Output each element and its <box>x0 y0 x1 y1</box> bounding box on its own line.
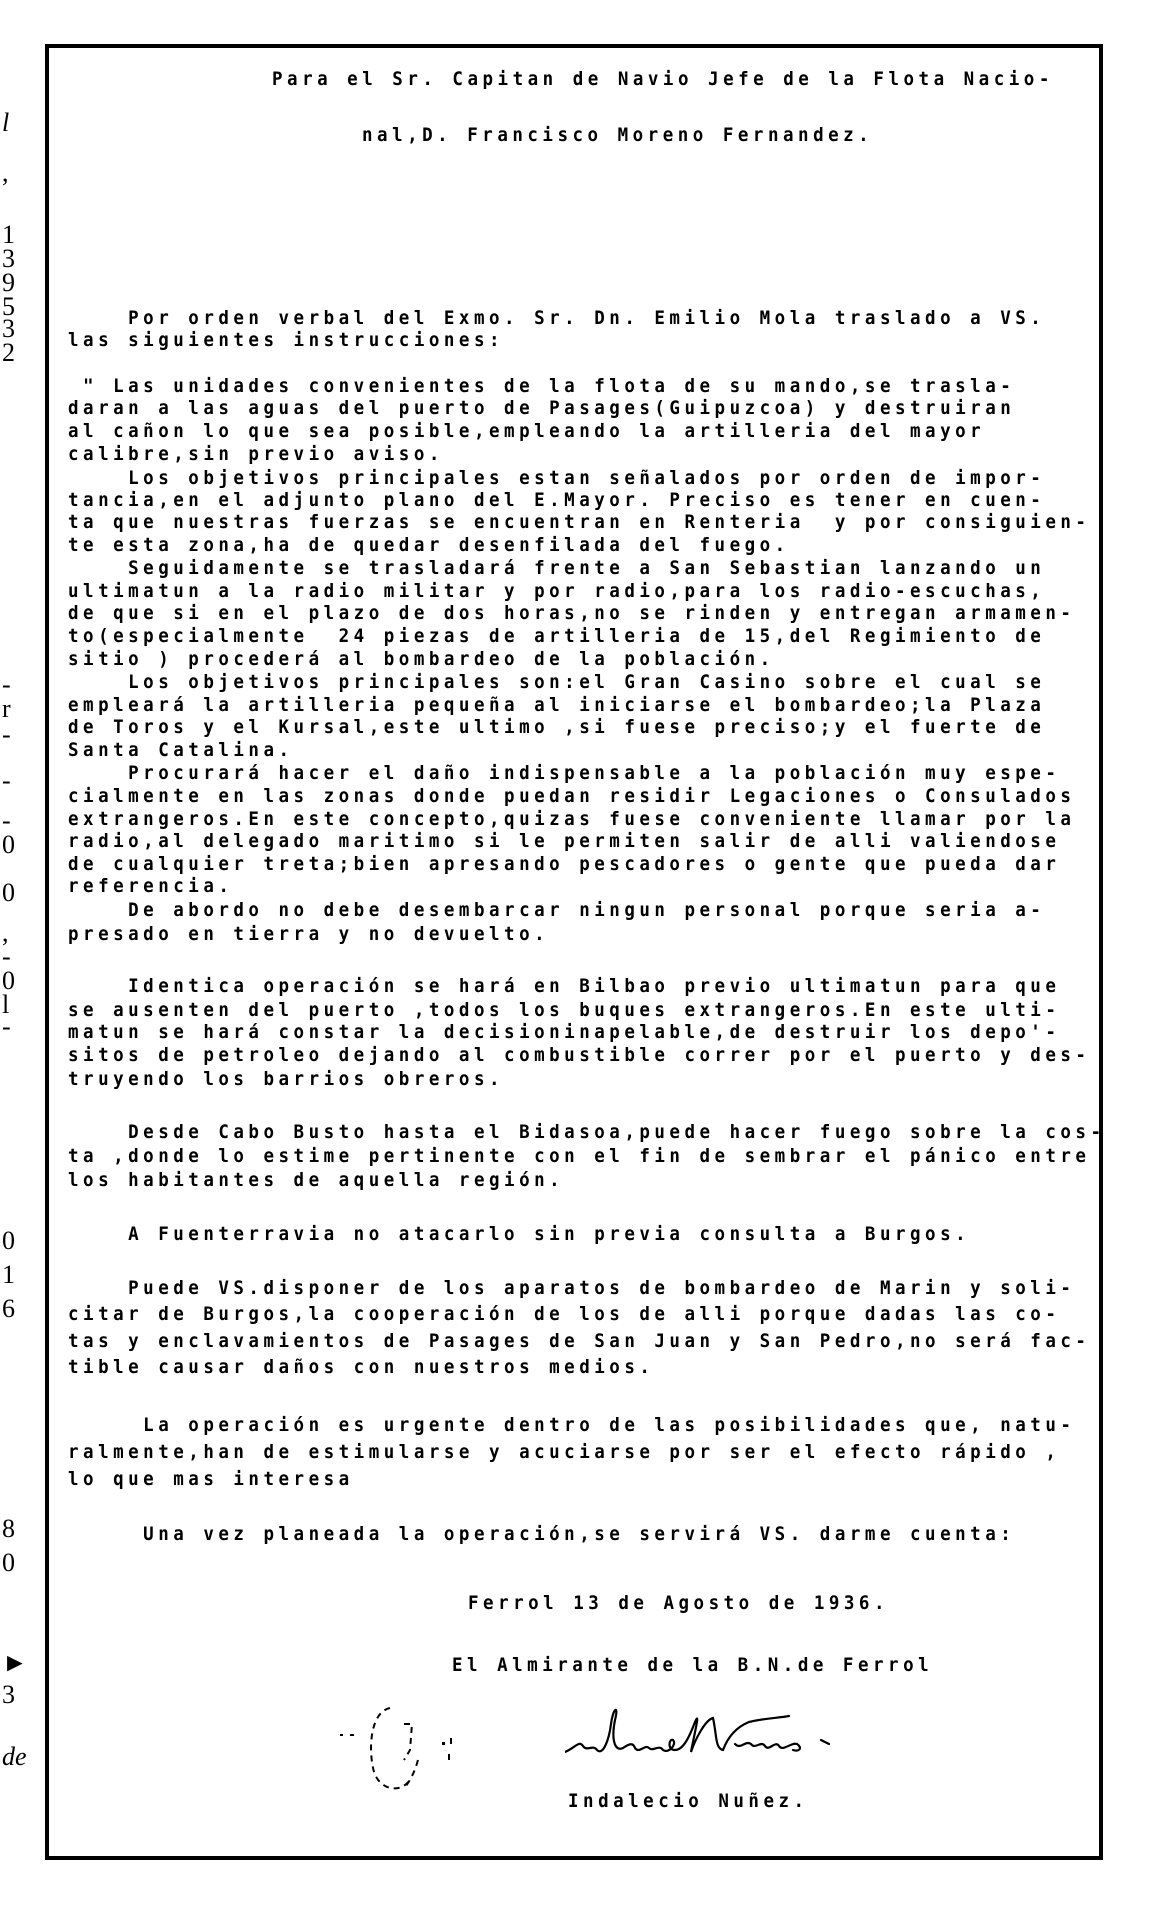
body-line: presado en tierra y no devuelto. <box>68 923 549 946</box>
body-line: Procurará hacer el daño indispensable a … <box>68 762 1060 785</box>
signatory-name: Indalecio Nuñez. <box>568 1790 809 1813</box>
margin-fragment: - <box>2 722 11 748</box>
document-page: l,139532-r---00,-0l-01680►3de Para el Sr… <box>0 0 1156 1912</box>
header-line: Para el Sr. Capitan de Navio Jefe de la … <box>272 68 1054 91</box>
margin-fragment: - <box>2 1014 11 1040</box>
body-line: Por orden verbal del Exmo. Sr. Dn. Emili… <box>68 307 1045 330</box>
body-line: Desde Cabo Busto hasta el Bidasoa,puede … <box>68 1121 1105 1144</box>
margin-fragment: 6 <box>2 1296 15 1322</box>
body-line: radio,al delegado maritimo si le permite… <box>68 830 1060 853</box>
body-line: Santa Catalina. <box>68 739 294 762</box>
header-line: nal,D. Francisco Moreno Fernandez. <box>362 124 873 147</box>
body-line: tible causar daños con nuestros medios. <box>68 1356 654 1379</box>
margin-fragment: 0 <box>2 1550 15 1576</box>
body-line: de Toros y el Kursal,este ultimo ,si fue… <box>68 716 1045 739</box>
body-line: Identica operación se hará en Bilbao pre… <box>68 975 1060 998</box>
margin-fragment: 0 <box>2 832 15 858</box>
body-line: empleará la artilleria pequeña al inicia… <box>68 694 1045 717</box>
body-line: citar de Burgos,la cooperación de los de… <box>68 1303 1060 1326</box>
body-line: lo que mas interesa <box>68 1468 354 1491</box>
body-line: de que si en el plazo de dos horas,no se… <box>68 602 1075 625</box>
body-line: los habitantes de aquella región. <box>68 1169 564 1192</box>
body-line: Los objetivos principales son:el Gran Ca… <box>68 671 1045 694</box>
body-line: " Las unidades convenientes de la flota … <box>68 375 1015 398</box>
margin-fragment: 0 <box>2 1228 15 1254</box>
body-line: tas y enclavamientos de Pasages de San J… <box>68 1330 1090 1353</box>
body-line: extrangeros.En este concepto,quizas fues… <box>68 808 1075 831</box>
body-line: De abordo no debe desembarcar ningun per… <box>68 899 1045 922</box>
margin-fragment: 8 <box>2 1516 15 1542</box>
margin-fragment: 3 <box>2 1682 15 1708</box>
signatory-title: El Almirante de la B.N.de Ferrol <box>452 1654 933 1677</box>
body-line: al cañon lo que sea posible,empleando la… <box>68 420 985 443</box>
body-line: cialmente en las zonas donde puedan resi… <box>68 785 1075 808</box>
margin-fragment: r <box>2 696 11 722</box>
margin-fragment: - <box>2 768 11 794</box>
margin-fragment: 2 <box>2 340 15 366</box>
body-line: ta que nuestras fuerzas se encuentran en… <box>68 511 1090 534</box>
body-line: se ausenten del puerto ,todos los buques… <box>68 999 1060 1022</box>
body-line: ultimatun a la radio militar y por radio… <box>68 580 1045 603</box>
body-line: tancia,en el adjunto plano del E.Mayor. … <box>68 489 1045 512</box>
body-line: ta ,donde lo estime pertinente con el fi… <box>68 1145 1090 1168</box>
body-line: de cualquier treta;bien apresando pescad… <box>68 853 1060 876</box>
body-line: te esta zona,ha de quedar desenfilada de… <box>68 534 790 557</box>
body-line: Puede VS.disponer de los aparatos de bom… <box>68 1277 1075 1300</box>
margin-fragment: l <box>2 110 9 136</box>
margin-fragment: ► <box>2 1650 28 1676</box>
body-line: sitio ) procederá al bombardeo de la pob… <box>68 648 775 671</box>
place-date: Ferrol 13 de Agosto de 1936. <box>468 1592 889 1615</box>
margin-fragment: 1 <box>2 1262 15 1288</box>
body-line: Seguidamente se trasladará frente a San … <box>68 557 1045 580</box>
margin-fragment: 0 <box>2 880 15 906</box>
body-line: Una vez planeada la operación,se servirá… <box>68 1523 1015 1546</box>
body-line: Los objetivos principales estan señalado… <box>68 467 1045 490</box>
body-line: sitos de petroleo dejando al combustible… <box>68 1044 1090 1067</box>
body-line: A Fuenterravia no atacarlo sin previa co… <box>68 1223 970 1246</box>
body-line: referencia. <box>68 875 233 898</box>
body-line: truyendo los barrios obreros. <box>68 1068 504 1091</box>
body-line: las siguientes instrucciones: <box>68 329 504 352</box>
margin-fragment: de <box>2 1744 27 1770</box>
body-line: to(especialmente 24 piezas de artilleria… <box>68 625 1045 648</box>
body-line: ralmente,han de estimularse y acuciarse … <box>68 1441 1060 1464</box>
margin-fragment: , <box>2 160 9 186</box>
body-line: matun se hará constar la decisioninapela… <box>68 1021 1060 1044</box>
body-line: La operación es urgente dentro de las po… <box>68 1414 1075 1437</box>
body-line: calibre,sin previo aviso. <box>68 443 444 466</box>
handwritten-signature-icon <box>565 1700 895 1770</box>
body-line: daran a las aguas del puerto de Pasages(… <box>68 397 1015 420</box>
